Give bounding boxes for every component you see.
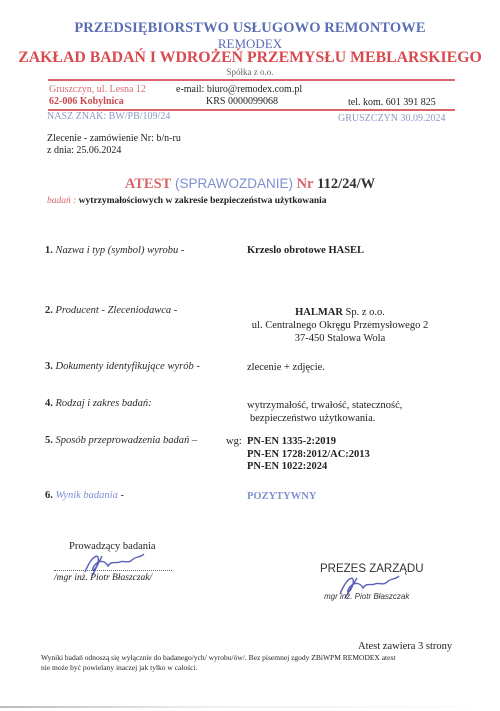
standards-prefix: wg:	[226, 436, 242, 447]
producer-street: ul. Centralnego Okręgu Przemysłowego 2	[250, 319, 430, 332]
item-2-label-text: Producent - Zleceniodawca -	[56, 305, 178, 316]
item-2-label: 2. Producent - Zleceniodawca -	[45, 305, 177, 316]
item-3-number: 3.	[45, 361, 53, 372]
item-2-value: HALMAR Sp. z o.o. ul. Centralnego Okręgu…	[250, 306, 430, 345]
right-signature-name: mgr inż. Piotr Błaszczak	[324, 592, 409, 601]
company-name-line1: PRZEDSIĘBIORSTWO USŁUGOWO REMONTOWE	[0, 20, 500, 37]
disclaimer-line2: nie może być powielany inaczej jak tylko…	[41, 663, 461, 673]
item-5-number: 5.	[45, 435, 53, 446]
item-6-label: 6. Wynik badania -	[45, 490, 124, 501]
producer-name: HALMAR	[295, 307, 343, 318]
phone-number: tel. kom. 601 391 825	[348, 97, 436, 108]
header-divider-top	[48, 79, 455, 81]
order-date: z dnia: 25.06.2024	[47, 145, 121, 156]
test-result: POZYTYWNY	[247, 491, 316, 502]
page-count: Atest zawiera 3 strony	[358, 641, 452, 652]
address-street: Gruszczyn, ul. Lesna 12	[49, 84, 146, 95]
item-4-number: 4.	[45, 398, 53, 409]
item-6-label-suffix: -	[118, 490, 124, 501]
left-signature-name: /mgr inż. Piotr Błaszczak/	[54, 573, 152, 583]
company-form: Spółka z o.o.	[0, 67, 500, 77]
document-title: ATEST (SPRAWOZDANIE) Nr 112/24/W	[0, 176, 500, 193]
item-6-label-text: Wynik badania	[56, 490, 118, 501]
item-1-value: Krzeslo obrotowe HASEL	[247, 245, 364, 256]
page-edge	[0, 706, 500, 708]
our-reference: NASZ ZNAK: BW/PB/109/24	[47, 111, 170, 122]
standards-list: PN-EN 1335-2:2019 PN-EN 1728:2012/AC:201…	[247, 436, 370, 474]
title-sprawozdanie: (SPRAWOZDANIE)	[175, 176, 293, 191]
producer-city: 37-450 Stalowa Wola	[250, 332, 430, 345]
item-1-number: 1.	[45, 245, 53, 256]
test-scope-line2: bezpieczeństwo użytkowania.	[247, 412, 402, 425]
subtitle-label: badań :	[47, 196, 76, 206]
title-number: 112/24/W	[317, 176, 375, 192]
producer-form: Sp. z o.o.	[343, 307, 385, 318]
standard-3: PN-EN 1022:2024	[247, 461, 370, 474]
item-5-label-text: Sposób przeprowadzenia badań –	[56, 435, 198, 446]
item-1-label-text: Nazwa i typ (symbol) wyrobu -	[56, 245, 185, 256]
subtitle-text: wytrzymałościowych w zakresie bezpieczeń…	[79, 196, 327, 206]
email: e-mail: biuro@remodex.com.pl	[176, 84, 302, 95]
item-5-label: 5. Sposób przeprowadzenia badań –	[45, 435, 197, 446]
disclaimer-line1: Wyniki badań odnoszą się wyłącznie do ba…	[41, 653, 461, 663]
company-name-line3: ZAKŁAD BADAŃ I WDROŻEŃ PRZEMYSŁU MEBLARS…	[0, 49, 500, 67]
item-2-number: 2.	[45, 305, 53, 316]
item-1-label: 1. Nazwa i typ (symbol) wyrobu -	[45, 245, 184, 256]
order-number: Zlecenie - zamówienie Nr: b/n-ru	[47, 133, 181, 144]
disclaimer: Wyniki badań odnoszą się wyłącznie do ba…	[41, 653, 461, 673]
title-nr-label: Nr	[297, 176, 314, 192]
title-atest: ATEST	[125, 176, 171, 192]
standard-1: PN-EN 1335-2:2019	[247, 436, 370, 449]
standard-2: PN-EN 1728:2012/AC:2013	[247, 449, 370, 462]
title-subtitle: badań : wytrzymałościowych w zakresie be…	[47, 196, 327, 206]
item-4-label-text: Rodzaj i zakres badań:	[56, 398, 152, 409]
item-3-value: zlecenie + zdjęcie.	[247, 362, 325, 373]
place-date: GRUSZCZYN 30.09.2024	[338, 113, 446, 124]
item-4-label: 4. Rodzaj i zakres badań:	[45, 398, 152, 409]
item-3-label-text: Dokumenty identyfikujące wyrób -	[56, 361, 200, 372]
krs-number: KRS 0000099068	[206, 96, 278, 107]
item-6-number: 6.	[45, 490, 53, 501]
address-city: 62-006 Kobylnica	[49, 96, 124, 107]
item-3-label: 3. Dokumenty identyfikujące wyrób -	[45, 361, 200, 372]
test-scope-line1: wytrzymałość, trwałość, stateczność,	[247, 399, 402, 412]
item-4-value: wytrzymałość, trwałość, stateczność, bez…	[247, 399, 402, 425]
